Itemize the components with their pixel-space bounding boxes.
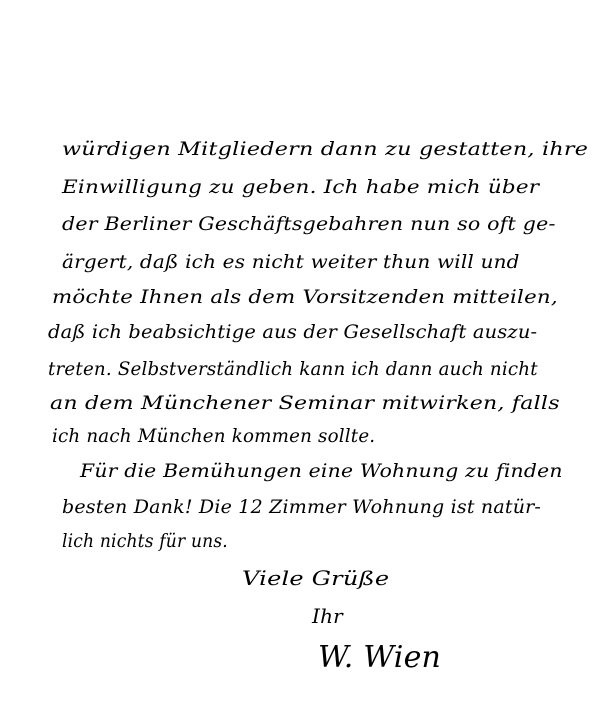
letter-line-4: ärgert, daß ich es nicht weiter thun wil… (62, 251, 520, 273)
closing-greeting: Viele Grüße (242, 566, 389, 590)
letter-line-1: würdigen Mitgliedern dann zu gestatten, … (62, 138, 588, 160)
letter-line-7: treten. Selbstverständlich kann ich dann… (48, 358, 538, 380)
letter-line-12: lich nichts für uns. (62, 530, 228, 552)
closing-ihr: Ihr (312, 604, 343, 628)
letter-line-11: besten Dank! Die 12 Zimmer Wohnung ist n… (62, 496, 541, 518)
letter-line-8: an dem Münchener Seminar mitwirken, fall… (50, 392, 560, 414)
letter-line-2: Einwilligung zu geben. Ich habe mich übe… (62, 176, 539, 198)
letter-line-5: möchte Ihnen als dem Vorsitzenden mittei… (52, 286, 558, 308)
letter-line-3: der Berliner Geschäftsgebahren nun so of… (62, 213, 556, 235)
letter-page: würdigen Mitgliedern dann zu gestatten, … (0, 0, 595, 725)
letter-line-9: ich nach München kommen sollte. (52, 425, 375, 447)
letter-line-6: daß ich beabsichtige aus der Gesellschaf… (48, 321, 537, 343)
letter-line-10: Für die Bemühungen eine Wohnung zu finde… (80, 460, 563, 482)
signature: W. Wien (318, 640, 441, 675)
